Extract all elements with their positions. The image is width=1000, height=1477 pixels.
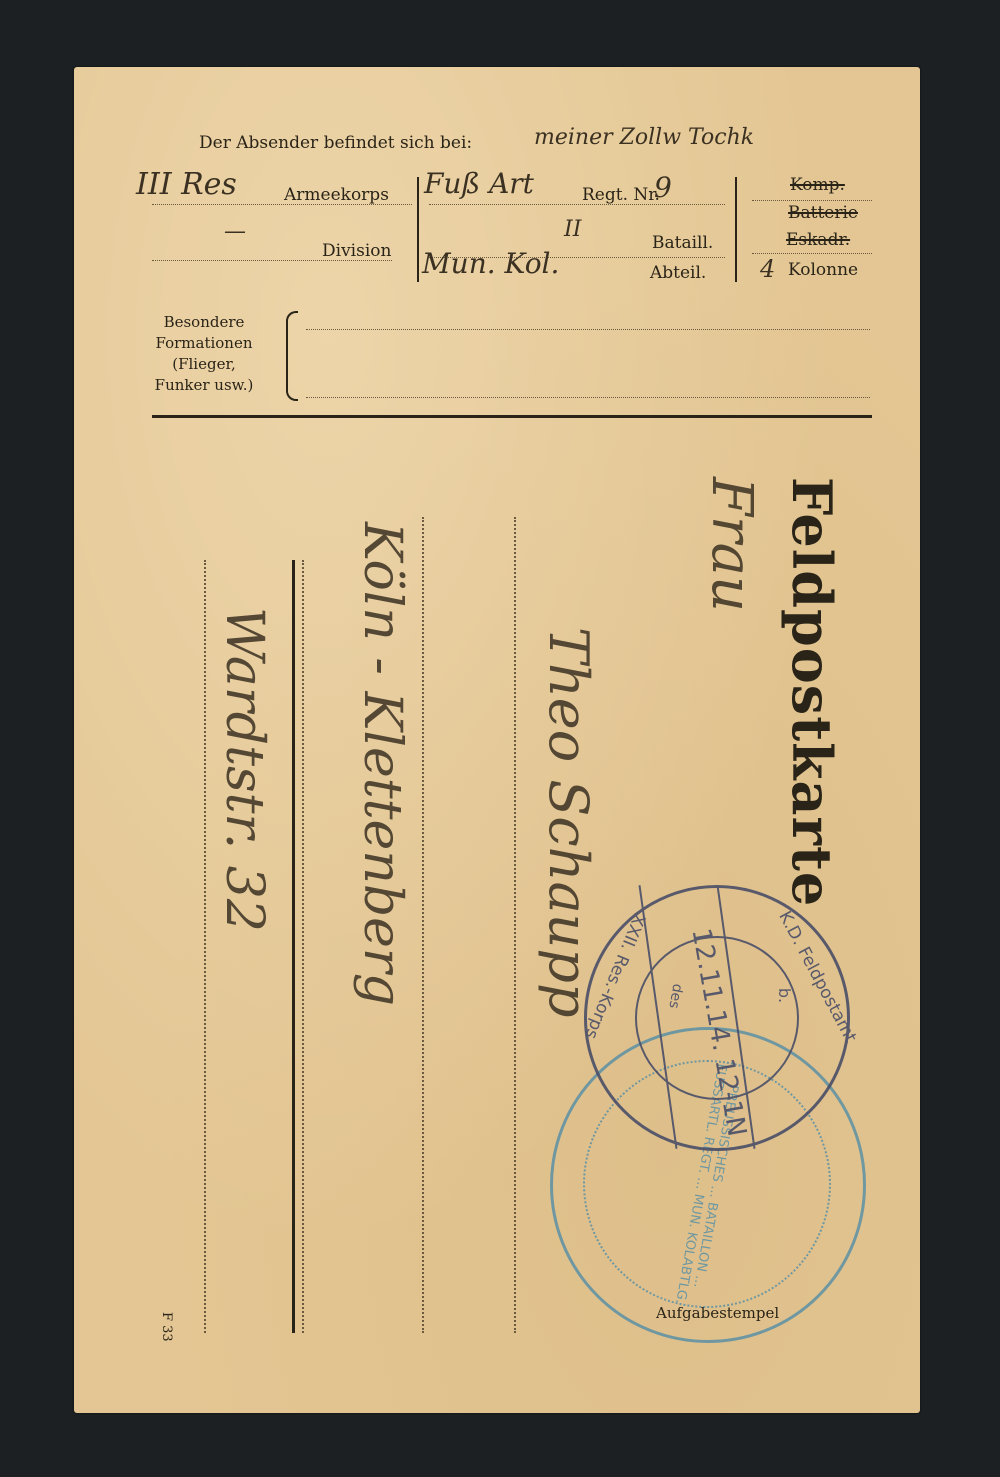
unit-type-kolonne: Kolonne [788, 260, 858, 280]
address-line-2: Theo Schaupp [537, 627, 600, 1018]
unit-dotted-line-1 [752, 200, 872, 201]
address-line-4: Wardtstr. 32 [214, 607, 274, 932]
unit-type-eskadr: Eskadr. [786, 230, 850, 250]
special-formations-line-4: Funker usw.) [134, 375, 274, 396]
kolonne-number: 4 [760, 255, 775, 283]
regiment-label: Regt. Nr. [582, 185, 660, 205]
address-solid-line [292, 560, 295, 1333]
special-formations-line-2: Formationen [134, 333, 274, 354]
bataillon-value: II [564, 217, 581, 242]
dark-postmark: 12.11.14. 12-1N K.D. Feldpostamt b. XXII… [584, 885, 850, 1151]
unit-type-batterie: Batterie [788, 203, 858, 223]
armeekorps-dotted-line [152, 204, 412, 205]
postmark-inner-text: b. [775, 988, 794, 1003]
form-code: F 33 [159, 1312, 174, 1342]
unit-type-komp: Komp. [790, 175, 845, 195]
address-line-3: Köln - Klettenberg [352, 522, 412, 1006]
brace-icon [286, 311, 298, 401]
special-formations-line-3: (Flieger, [134, 354, 274, 375]
address-dotted-line-3 [302, 560, 304, 1333]
special-formations-label: Besondere Formationen (Flieger, Funker u… [134, 312, 274, 396]
abteilung-value: Mun. Kol. [422, 247, 559, 280]
postmark-label: Aufgabestempel [656, 1304, 779, 1322]
special-formations-dotted-line-2 [306, 397, 870, 398]
address-line-1: Frau [699, 477, 764, 612]
column-divider-1 [417, 177, 419, 282]
address-dotted-line-4 [204, 560, 206, 1333]
armeekorps-label: Armeekorps [284, 185, 389, 205]
division-value: — [224, 219, 246, 244]
column-divider-2 [735, 177, 737, 282]
division-label: Division [322, 241, 391, 261]
address-dotted-line-1 [514, 517, 516, 1333]
sender-intro-handwritten: meiner Zollw Tochk [534, 125, 754, 150]
regiment-value-prefix: Fuß Art [424, 167, 534, 200]
feldpostkarte-card: Der Absender befindet sich bei: meiner Z… [74, 67, 920, 1413]
armeekorps-value: III Res [136, 167, 237, 202]
special-formations-line-1: Besondere [134, 312, 274, 333]
regiment-dotted-line [429, 204, 725, 205]
unit-dotted-line-2 [752, 253, 872, 254]
abteilung-label: Abteil. [650, 263, 706, 283]
address-dotted-line-2 [422, 517, 424, 1333]
sender-intro-label: Der Absender befindet sich bei: [199, 133, 472, 153]
card-title: Feldpostkarte [780, 477, 844, 907]
regiment-value: 9 [654, 171, 672, 204]
bataillon-label: Bataill. [652, 233, 713, 253]
header-divider [152, 415, 872, 418]
special-formations-dotted-line-1 [306, 329, 870, 330]
division-dotted-line [152, 260, 392, 261]
